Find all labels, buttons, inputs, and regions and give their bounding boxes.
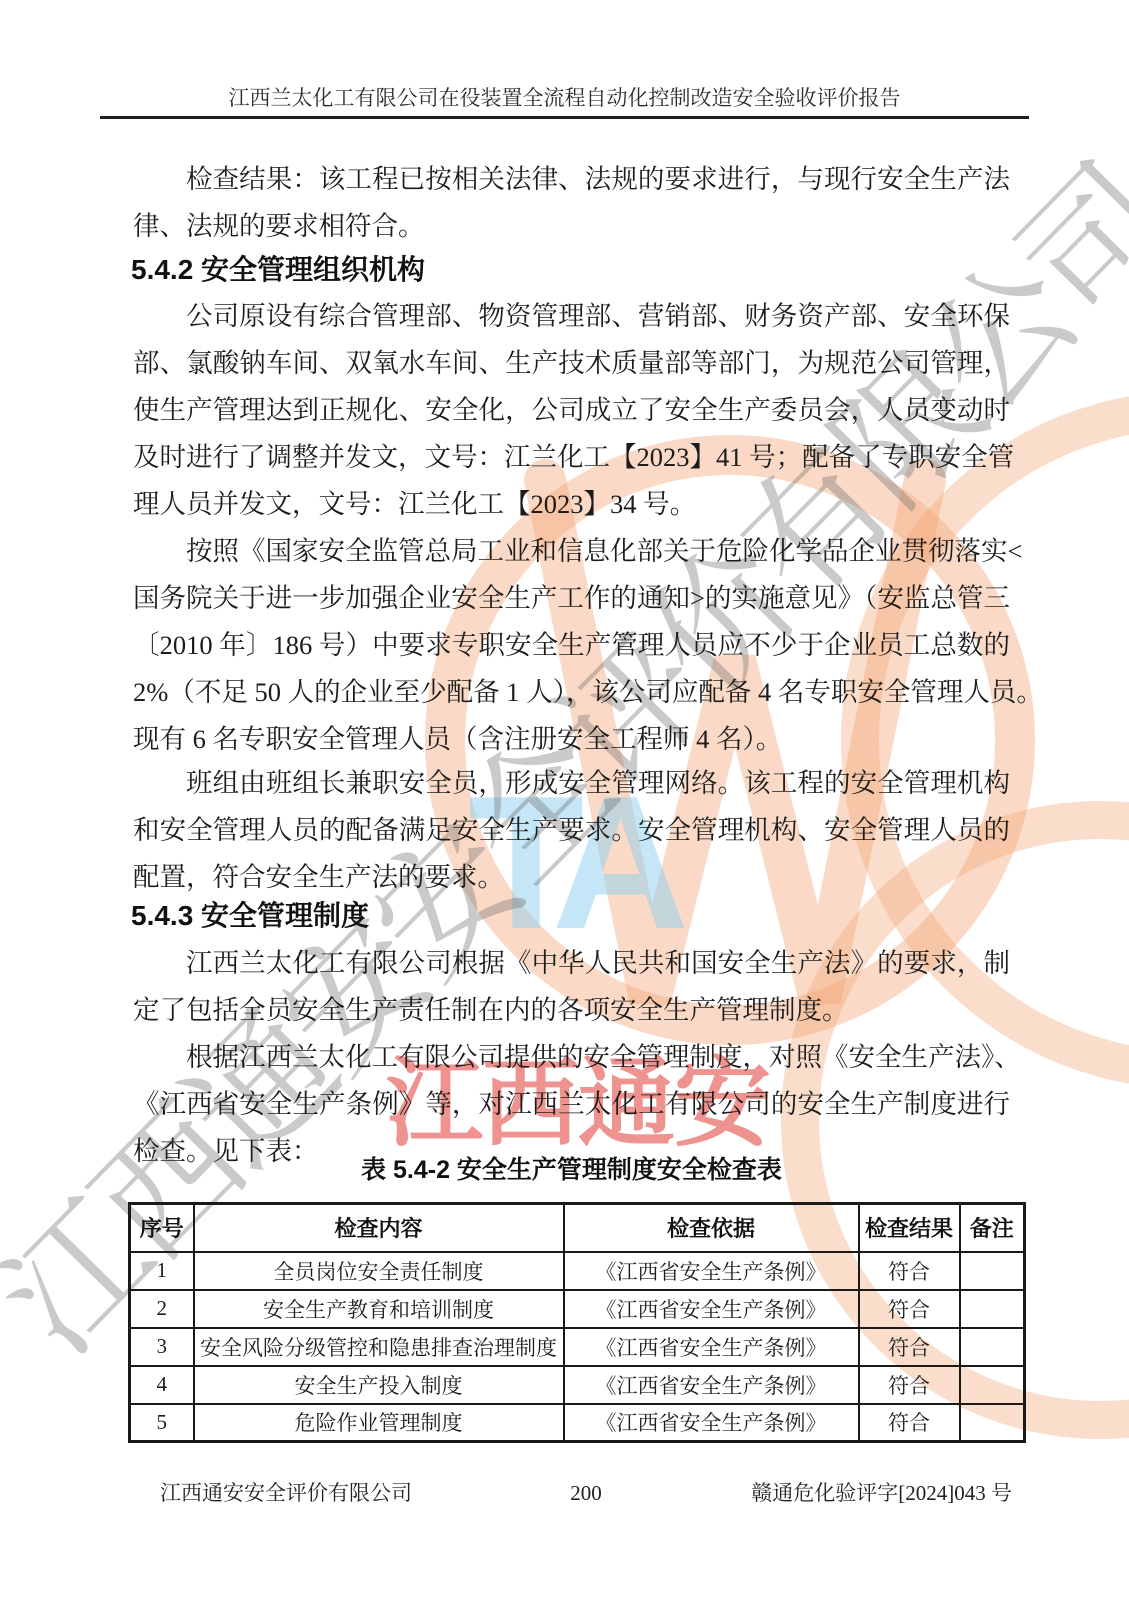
table-cell: 4	[130, 1366, 194, 1404]
heading-5-4-2: 5.4.2 安全管理组织机构	[131, 252, 1008, 288]
text-line: 律、法规的要求相符合。	[133, 203, 1010, 250]
text-line: 部、氯酸钠车间、双氧水车间、生产技术质量部等部门，为规范公司管理，	[133, 340, 1010, 387]
text-line: 和安全管理人员的配备满足安全生产要求。安全管理机构、安全管理人员的	[133, 807, 1010, 854]
table-cell: 《江西省安全生产条例》	[564, 1290, 859, 1328]
table-cell: 符合	[859, 1366, 960, 1404]
text-line: 根据江西兰太化工有限公司提供的安全管理制度，对照《安全生产法》、	[133, 1034, 1010, 1081]
para-organization: 公司原设有综合管理部、物资管理部、营销部、财务资产部、安全环保部、氯酸钠车间、双…	[133, 293, 1010, 528]
text-line: 《江西省安全生产条例》等，对江西兰太化工有限公司的安全生产制度进行	[133, 1081, 1010, 1128]
table-row: 1全员岗位安全责任制度《江西省安全生产条例》符合	[130, 1252, 1025, 1290]
table-cell: 符合	[859, 1328, 960, 1366]
document-content: 江西兰太化工有限公司在役装置全流程自动化控制改造安全验收评价报告 检查结果：该工…	[0, 0, 1129, 1600]
para-team-safety: 班组由班组长兼职安全员，形成安全管理网络。该工程的安全管理机构和安全管理人员的配…	[133, 760, 1010, 901]
text-line: 2%（不足 50 人的企业至少配备 1 人），该公司应配备 4 名专职安全管理人…	[133, 669, 1010, 716]
table-cell	[960, 1252, 1025, 1290]
table-cell: 5	[130, 1404, 194, 1442]
table-cell: 符合	[859, 1404, 960, 1442]
page-header-title: 江西兰太化工有限公司在役装置全流程自动化控制改造安全验收评价报告	[100, 84, 1029, 112]
text-line: 公司原设有综合管理部、物资管理部、营销部、财务资产部、安全环保	[133, 293, 1010, 340]
text-line: 现有 6 名专职安全管理人员（含注册安全工程师 4 名）。	[133, 716, 1010, 763]
table-cell: 3	[130, 1328, 194, 1366]
table-cell	[960, 1404, 1025, 1442]
table-cell: 《江西省安全生产条例》	[564, 1366, 859, 1404]
text-line: 及时进行了调整并发文，文号：江兰化工【2023】41 号；配备了专职安全管	[133, 434, 1010, 481]
table-row: 4安全生产投入制度《江西省安全生产条例》符合	[130, 1366, 1025, 1404]
para-supervision-requirement: 按照《国家安全监管总局工业和信息化部关于危险化学品企业贯彻落实<国务院关于进一步…	[133, 528, 1010, 763]
footer-doc-number: 赣通危化验评字[2024]043 号	[751, 1478, 1012, 1508]
text-line: 理人员并发文，文号：江兰化工【2023】34 号。	[133, 481, 1010, 528]
table-header-cell: 检查结果	[859, 1204, 960, 1252]
table-cell: 符合	[859, 1290, 960, 1328]
safety-system-check-table: 序号检查内容检查依据检查结果备注 1全员岗位安全责任制度《江西省安全生产条例》符…	[128, 1202, 1026, 1443]
text-line: 使生产管理达到正规化、安全化，公司成立了安全生产委员会，人员变动时	[133, 387, 1010, 434]
table-cell: 危险作业管理制度	[194, 1404, 564, 1442]
para-check-result: 检查结果：该工程已按相关法律、法规的要求进行，与现行安全生产法律、法规的要求相符…	[133, 156, 1010, 250]
table-cell: 全员岗位安全责任制度	[194, 1252, 564, 1290]
text-line: 按照《国家安全监管总局工业和信息化部关于危险化学品企业贯彻落实<	[133, 528, 1010, 575]
heading-5-4-3: 5.4.3 安全管理制度	[131, 898, 1008, 934]
table-cell	[960, 1328, 1025, 1366]
text-line: 班组由班组长兼职安全员，形成安全管理网络。该工程的安全管理机构	[133, 760, 1010, 807]
text-line: 〔2010 年〕186 号）中要求专职安全生产管理人员应不少于企业员工总数的	[133, 622, 1010, 669]
para-company-law: 江西兰太化工有限公司根据《中华人民共和国安全生产法》的要求，制定了包括全员安全生…	[133, 940, 1010, 1034]
table-cell: 2	[130, 1290, 194, 1328]
table-header-cell: 检查内容	[194, 1204, 564, 1252]
table-cell: 《江西省安全生产条例》	[564, 1252, 859, 1290]
text-line: 配置，符合安全生产法的要求。	[133, 854, 1010, 901]
table-header-cell: 序号	[130, 1204, 194, 1252]
text-line: 江西兰太化工有限公司根据《中华人民共和国安全生产法》的要求，制	[133, 940, 1010, 987]
table-row: 3安全风险分级管控和隐患排查治理制度《江西省安全生产条例》符合	[130, 1328, 1025, 1366]
table-row: 2安全生产教育和培训制度《江西省安全生产条例》符合	[130, 1290, 1025, 1328]
table-cell: 安全生产教育和培训制度	[194, 1290, 564, 1328]
table-caption: 表 5.4-2 安全生产管理制度安全检查表	[133, 1152, 1010, 1188]
table-row: 5危险作业管理制度《江西省安全生产条例》符合	[130, 1404, 1025, 1442]
table-cell: 《江西省安全生产条例》	[564, 1328, 859, 1366]
footer-company-name: 江西通安安全评价有限公司	[160, 1478, 412, 1508]
page-footer: 200 江西通安安全评价有限公司 赣通危化验评字[2024]043 号	[160, 1478, 1012, 1508]
table-cell: 安全风险分级管控和隐患排查治理制度	[194, 1328, 564, 1366]
table-cell: 《江西省安全生产条例》	[564, 1404, 859, 1442]
table-cell: 安全生产投入制度	[194, 1366, 564, 1404]
table-header-cell: 备注	[960, 1204, 1025, 1252]
table-header-row: 序号检查内容检查依据检查结果备注	[130, 1204, 1025, 1252]
table-cell	[960, 1290, 1025, 1328]
text-line: 国务院关于进一步加强企业安全生产工作的通知>的实施意见》（安监总管三	[133, 575, 1010, 622]
header-rule	[100, 116, 1029, 119]
table-header-cell: 检查依据	[564, 1204, 859, 1252]
text-line: 定了包括全员安全生产责任制在内的各项安全生产管理制度。	[133, 987, 1010, 1034]
report-page: TA 江西通安安全评价有限公司 江西通安 江西兰太化工有限公司在役装置全流程自动…	[0, 0, 1129, 1600]
table-cell: 1	[130, 1252, 194, 1290]
table-body: 1全员岗位安全责任制度《江西省安全生产条例》符合2安全生产教育和培训制度《江西省…	[130, 1252, 1025, 1442]
table-cell: 符合	[859, 1252, 960, 1290]
table-cell	[960, 1366, 1025, 1404]
text-line: 检查结果：该工程已按相关法律、法规的要求进行，与现行安全生产法	[133, 156, 1010, 203]
